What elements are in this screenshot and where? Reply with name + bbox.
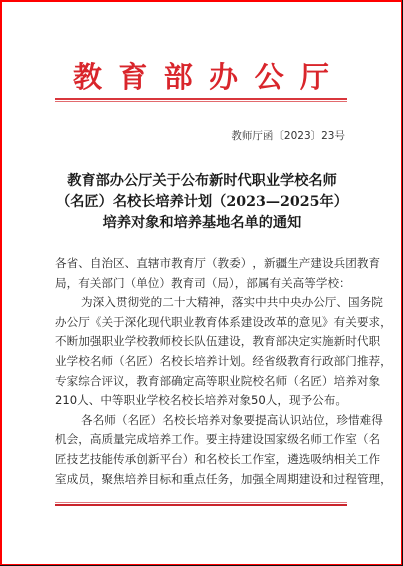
body-line: 办公厅《关于深化现代职业教育体系建设改革的意见》有关要求， bbox=[55, 313, 347, 333]
document-body: 各省、自治区、直辖市教育厅（教委），新疆生产建设兵团教育局，有关部门（单位）教育… bbox=[55, 254, 347, 489]
document-number: 教师厅函〔2023〕23号 bbox=[231, 128, 345, 143]
issuer-char: 育 bbox=[118, 55, 147, 96]
body-line: 不断加强职业学校教师校长队伍建设，教育部决定实施新时代职 bbox=[55, 332, 347, 352]
body-line: 专家综合评议，教育部确定高等职业院校名师（名匠）培养对象 bbox=[55, 372, 347, 392]
issuer-char: 办 bbox=[209, 55, 238, 96]
body-line: 210人、中等职业学校名校长培养对象50人，现予公布。 bbox=[55, 391, 347, 411]
issuer-char: 教 bbox=[73, 55, 102, 96]
issuer-char: 部 bbox=[164, 55, 193, 96]
body-line: 各名师（名匠）名校长培养对象要提高认识站位，珍惜难得 bbox=[55, 411, 347, 431]
title-line: 教育部办公厅关于公布新时代职业学校名师 bbox=[50, 171, 354, 192]
body-line: 为深入贯彻党的二十大精神，落实中共中央办公厅、国务院 bbox=[55, 293, 347, 313]
title-line: 培养对象和培养基地名单的通知 bbox=[50, 213, 354, 234]
body-line: 匠技艺技能传承创新平台）和名校长工作室，遴选吸纳相关工作 bbox=[55, 450, 347, 470]
document-title: 教育部办公厅关于公布新时代职业学校名师 （名匠）名校长培养计划（2023—202… bbox=[50, 171, 354, 234]
header-red-rule bbox=[55, 98, 347, 102]
footer-red-rule bbox=[55, 502, 347, 506]
body-line: 各省、自治区、直辖市教育厅（教委），新疆生产建设兵团教育 bbox=[55, 254, 347, 274]
issuer-char: 厅 bbox=[300, 55, 329, 96]
title-line: （名匠）名校长培养计划（2023—2025年） bbox=[50, 192, 354, 213]
body-line: 局，有关部门（单位）教育司（局），部属有关高等学校： bbox=[55, 274, 347, 294]
body-line: 业学校名师（名匠）名校长培养计划。经省级教育行政部门推荐， bbox=[55, 352, 347, 372]
issuer-header: 教 育 部 办 公 厅 bbox=[55, 58, 347, 92]
body-line: 机会，高质量完成培养工作。要主持建设国家级名师工作室（名 bbox=[55, 430, 347, 450]
body-line: 室成员，聚焦培养目标和重点任务，加强全周期建设和过程管理， bbox=[55, 470, 347, 490]
issuer-char: 公 bbox=[255, 55, 284, 96]
